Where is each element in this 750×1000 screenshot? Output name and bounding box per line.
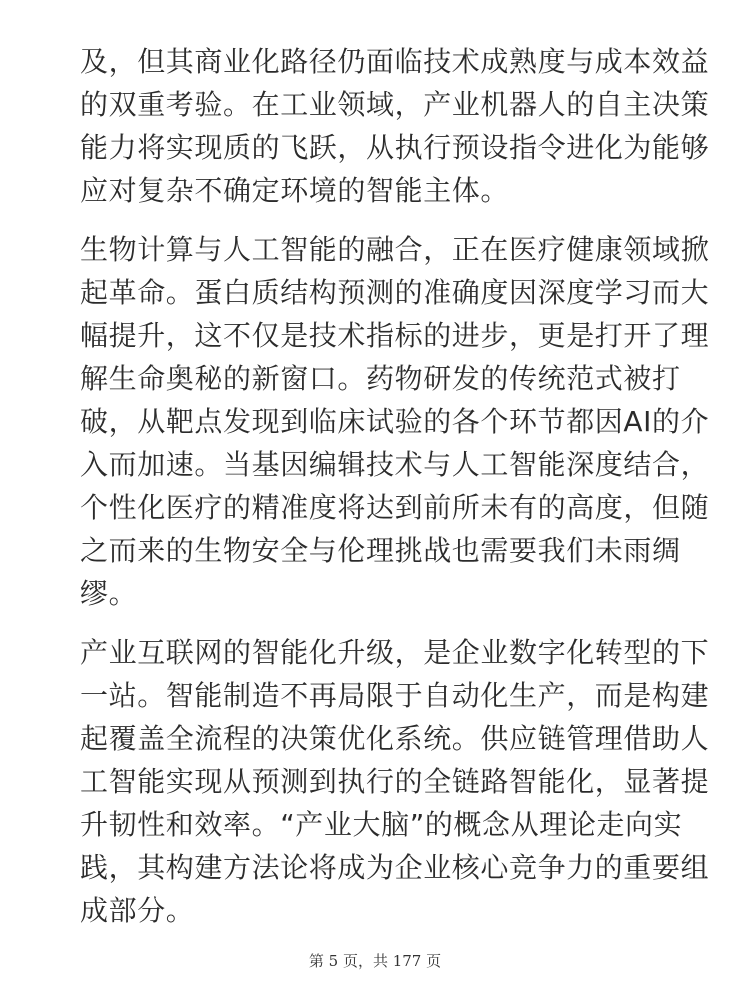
text-line: 生物计算与人工智能的融合，正在医疗健康领域掀	[80, 228, 680, 271]
text-line: 能力将实现质的飞跃，从执行预设指令进化为能够	[80, 126, 680, 169]
text-line: 升韧性和效率。“产业大脑”的概念从理论走向实	[80, 803, 680, 846]
text-line: 破，从靶点发现到临床试验的各个环节都因AI的介	[80, 400, 680, 443]
text-line: 产业互联网的智能化升级，是企业数字化转型的下	[80, 631, 680, 674]
text-line: 个性化医疗的精准度将达到前所未有的高度，但随	[80, 486, 680, 529]
page-number-footer: 第 5 页，共 177 页	[0, 950, 750, 971]
text-line: 一站。智能制造不再局限于自动化生产，而是构建	[80, 674, 680, 717]
text-line: 起革命。蛋白质结构预测的准确度因深度学习而大	[80, 271, 680, 314]
text-line: 幅提升，这不仅是技术指标的进步，更是打开了理	[80, 314, 680, 357]
text-line: 的双重考验。在工业领域，产业机器人的自主决策	[80, 83, 680, 126]
text-line: 之而来的生物安全与伦理挑战也需要我们未雨绸	[80, 529, 680, 572]
document-page: 及，但其商业化路径仍面临技术成熟度与成本效益 的双重考验。在工业领域，产业机器人…	[80, 40, 680, 948]
text-line: 应对复杂不确定环境的智能主体。	[80, 169, 680, 212]
text-line: 缪。	[80, 572, 680, 615]
text-line: 及，但其商业化路径仍面临技术成熟度与成本效益	[80, 40, 680, 83]
text-line: 解生命奥秘的新窗口。药物研发的传统范式被打	[80, 357, 680, 400]
paragraph-2: 生物计算与人工智能的融合，正在医疗健康领域掀 起革命。蛋白质结构预测的准确度因深…	[80, 228, 680, 615]
text-line: 工智能实现从预测到执行的全链路智能化，显著提	[80, 760, 680, 803]
text-line: 践，其构建方法论将成为企业核心竞争力的重要组	[80, 846, 680, 889]
text-line: 起覆盖全流程的决策优化系统。供应链管理借助人	[80, 717, 680, 760]
paragraph-1: 及，但其商业化路径仍面临技术成熟度与成本效益 的双重考验。在工业领域，产业机器人…	[80, 40, 680, 212]
text-line: 入而加速。当基因编辑技术与人工智能深度结合，	[80, 443, 680, 486]
paragraph-3: 产业互联网的智能化升级，是企业数字化转型的下 一站。智能制造不再局限于自动化生产…	[80, 631, 680, 932]
text-line: 成部分。	[80, 889, 680, 932]
